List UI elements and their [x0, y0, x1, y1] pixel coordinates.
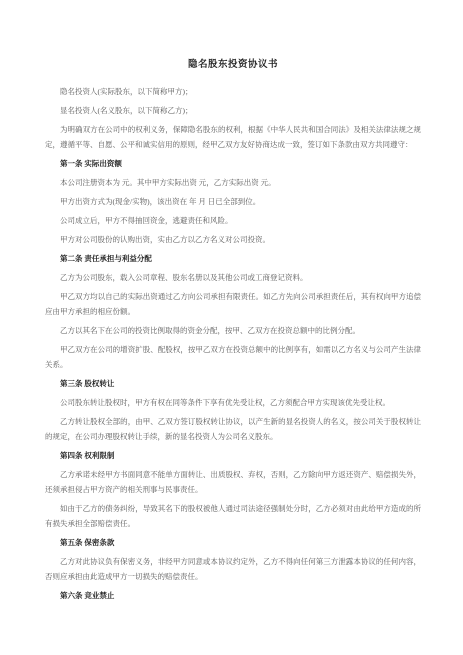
contract-paragraph: 公司成立后，甲方不得抽回资金，逃避责任和风险。 [45, 213, 421, 228]
section-5-heading: 第五条 保密条款 [45, 535, 421, 550]
section-2-heading: 第二条 责任承担与利益分配 [45, 251, 421, 266]
party-line-nominal-investor: 显名投资人(名义股东，以下简称乙方)； [45, 103, 421, 118]
party-line-hidden-investor: 隐名投资人(实际股东，以下简称甲方)； [45, 84, 421, 99]
document-title: 隐名股东投资协议书 [45, 56, 421, 70]
preamble-paragraph: 为明确双方在公司中的权利义务，保障隐名股东的权利，根据《中华人民共和国合同法》及… [45, 122, 421, 152]
contract-paragraph: 乙方对此协议负有保密义务，非经甲方同意或本协议约定外，乙方不得向任何第三方泄露本… [45, 554, 421, 584]
contract-paragraph: 本公司注册资本为 元。其中甲方实际出资 元，乙方实际出资 元。 [45, 175, 421, 190]
section-6-heading: 第六条 竞业禁止 [45, 588, 421, 603]
contract-document-page: 隐名股东投资协议书 隐名投资人(实际股东，以下简称甲方)； 显名投资人(名义股东… [0, 0, 463, 655]
contract-paragraph: 公司股东转让股权时，甲方有权在同等条件下享有优先受让权，乙方须配合甲方实现该优先… [45, 395, 421, 410]
contract-paragraph: 乙方承诺未经甲方书面同意不能单方面转让、出质股权、弃权，否则，乙方除向甲方返还资… [45, 467, 421, 497]
contract-paragraph: 乙方为公司股东，载入公司章程、股东名册以及其他公司或工商登记资料。 [45, 270, 421, 285]
contract-paragraph: 乙方转让股权全部的，由甲、乙双方签订股权转让协议，以产生新的显名投资人的名义，按… [45, 414, 421, 444]
contract-paragraph: 甲乙双方在公司的增资扩股、配股权，按甲乙双方在投资总额中的比例享有，如需以乙方名… [45, 342, 421, 372]
section-3-heading: 第三条 股权转让 [45, 376, 421, 391]
section-4-heading: 第四条 权利限制 [45, 448, 421, 463]
contract-paragraph: 如由于乙方的债务纠纷，导致其名下的股权被他人通过司法途径强制处分时，乙方必须对由… [45, 501, 421, 531]
contract-paragraph: 乙方以其名下在公司的投资比例取得的资金分配，按甲、乙双方在投资总额中的比例分配。 [45, 323, 421, 338]
contract-paragraph: 甲方出资方式为(现金/实物)，该出资在 年 月 日已全部到位。 [45, 194, 421, 209]
section-1-heading: 第一条 实际出资额 [45, 156, 421, 171]
contract-paragraph: 甲乙双方均以自己的实际出资通过乙方向公司承担有限责任。如乙方先向公司承担责任后，… [45, 289, 421, 319]
contract-paragraph: 甲方对公司股份的认购出资，实由乙方以乙方名义对公司投资。 [45, 232, 421, 247]
